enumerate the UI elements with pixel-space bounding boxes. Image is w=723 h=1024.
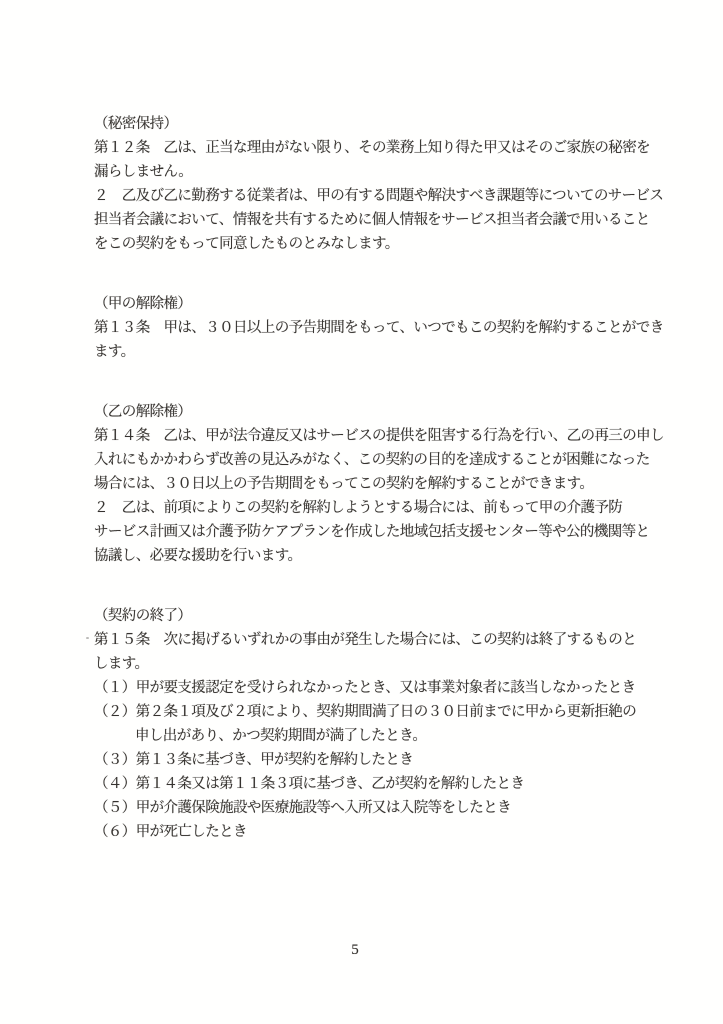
paragraph-line: サービス計画又は介護予防ケアプランを作成した地域包括支援センター等や公的機関等と (94, 520, 654, 544)
section-heading: （契約の終了） (94, 604, 654, 628)
paragraph-line: ます。 (94, 340, 654, 364)
contract-section: （甲の解除権）第１３条 甲は、３０日以上の予告期間をもって、いつでもこの契約を解… (94, 292, 654, 364)
list-item-line: （２）第２条１項及び２項により、契約期間満了日の３０日前までに甲から更新拒絶の (94, 700, 654, 724)
paragraph-line: 第１２条 乙は、正当な理由がない限り、その業務上知り得た甲又はそのご家族の秘密を (94, 136, 654, 160)
contract-section: （秘密保持）第１２条 乙は、正当な理由がない限り、その業務上知り得た甲又はそのご… (94, 112, 654, 256)
section-heading: （秘密保持） (94, 112, 654, 136)
list-item-line: （４）第１４条又は第１１条３項に基づき、乙が契約を解約したとき (94, 772, 654, 796)
list-item-line: （６）甲が死亡したとき (94, 820, 654, 844)
list-item-line: （３）第１３条に基づき、甲が契約を解約したとき (94, 748, 654, 772)
paragraph-line: 第１５条 次に掲げるいずれかの事由が発生した場合には、この契約は終了するものと (94, 628, 654, 652)
paragraph-line: 協議し、必要な援助を行います。 (94, 544, 654, 568)
paragraph-line: ２ 乙及び乙に勤務する従業者は、甲の有する問題や解決すべき課題等についてのサービ… (94, 184, 654, 208)
paragraph-line: 第１３条 甲は、３０日以上の予告期間をもって、いつでもこの契約を解約することがで… (94, 316, 654, 340)
section-heading: （乙の解除権） (94, 400, 654, 424)
paragraph-line: をこの契約をもって同意したものとみなします。 (94, 232, 654, 256)
paragraph-line: 入れにもかかわらず改善の見込みがなく、この契約の目的を達成することが困難になった (94, 448, 654, 472)
contract-body: （秘密保持）第１２条 乙は、正当な理由がない限り、その業務上知り得た甲又はそのご… (94, 0, 654, 844)
paragraph-line: 場合には、３０日以上の予告期間をもってこの契約を解約することができます。 (94, 472, 654, 496)
page-number: 5 (0, 938, 710, 962)
contract-section: （契約の終了）第１５条 次に掲げるいずれかの事由が発生した場合には、この契約は終… (94, 604, 654, 844)
section-heading: （甲の解除権） (94, 292, 654, 316)
paragraph-line: ２ 乙は、前項によりこの契約を解約しようとする場合には、前もって甲の介護予防 (94, 496, 654, 520)
paragraph-line: 漏らしません。 (94, 160, 654, 184)
document-page: （秘密保持）第１２条 乙は、正当な理由がない限り、その業務上知り得た甲又はそのご… (0, 0, 723, 1024)
list-item-line: 申し出があり、かつ契約期間が満了したとき。 (94, 724, 654, 748)
contract-section: （乙の解除権）第１４条 乙は、甲が法令違反又はサービスの提供を阻害する行為を行い… (94, 400, 654, 568)
list-item-line: （１）甲が要支援認定を受けられなかったとき、又は事業対象者に該当しなかったとき (94, 676, 654, 700)
paragraph-line: します。 (94, 652, 654, 676)
scan-speck (86, 637, 89, 639)
paragraph-line: 担当者会議において、情報を共有するために個人情報をサービス担当者会議で用いること (94, 208, 654, 232)
paragraph-line: 第１４条 乙は、甲が法令違反又はサービスの提供を阻害する行為を行い、乙の再三の申… (94, 424, 654, 448)
list-item-line: （５）甲が介護保険施設や医療施設等へ入所又は入院等をしたとき (94, 796, 654, 820)
